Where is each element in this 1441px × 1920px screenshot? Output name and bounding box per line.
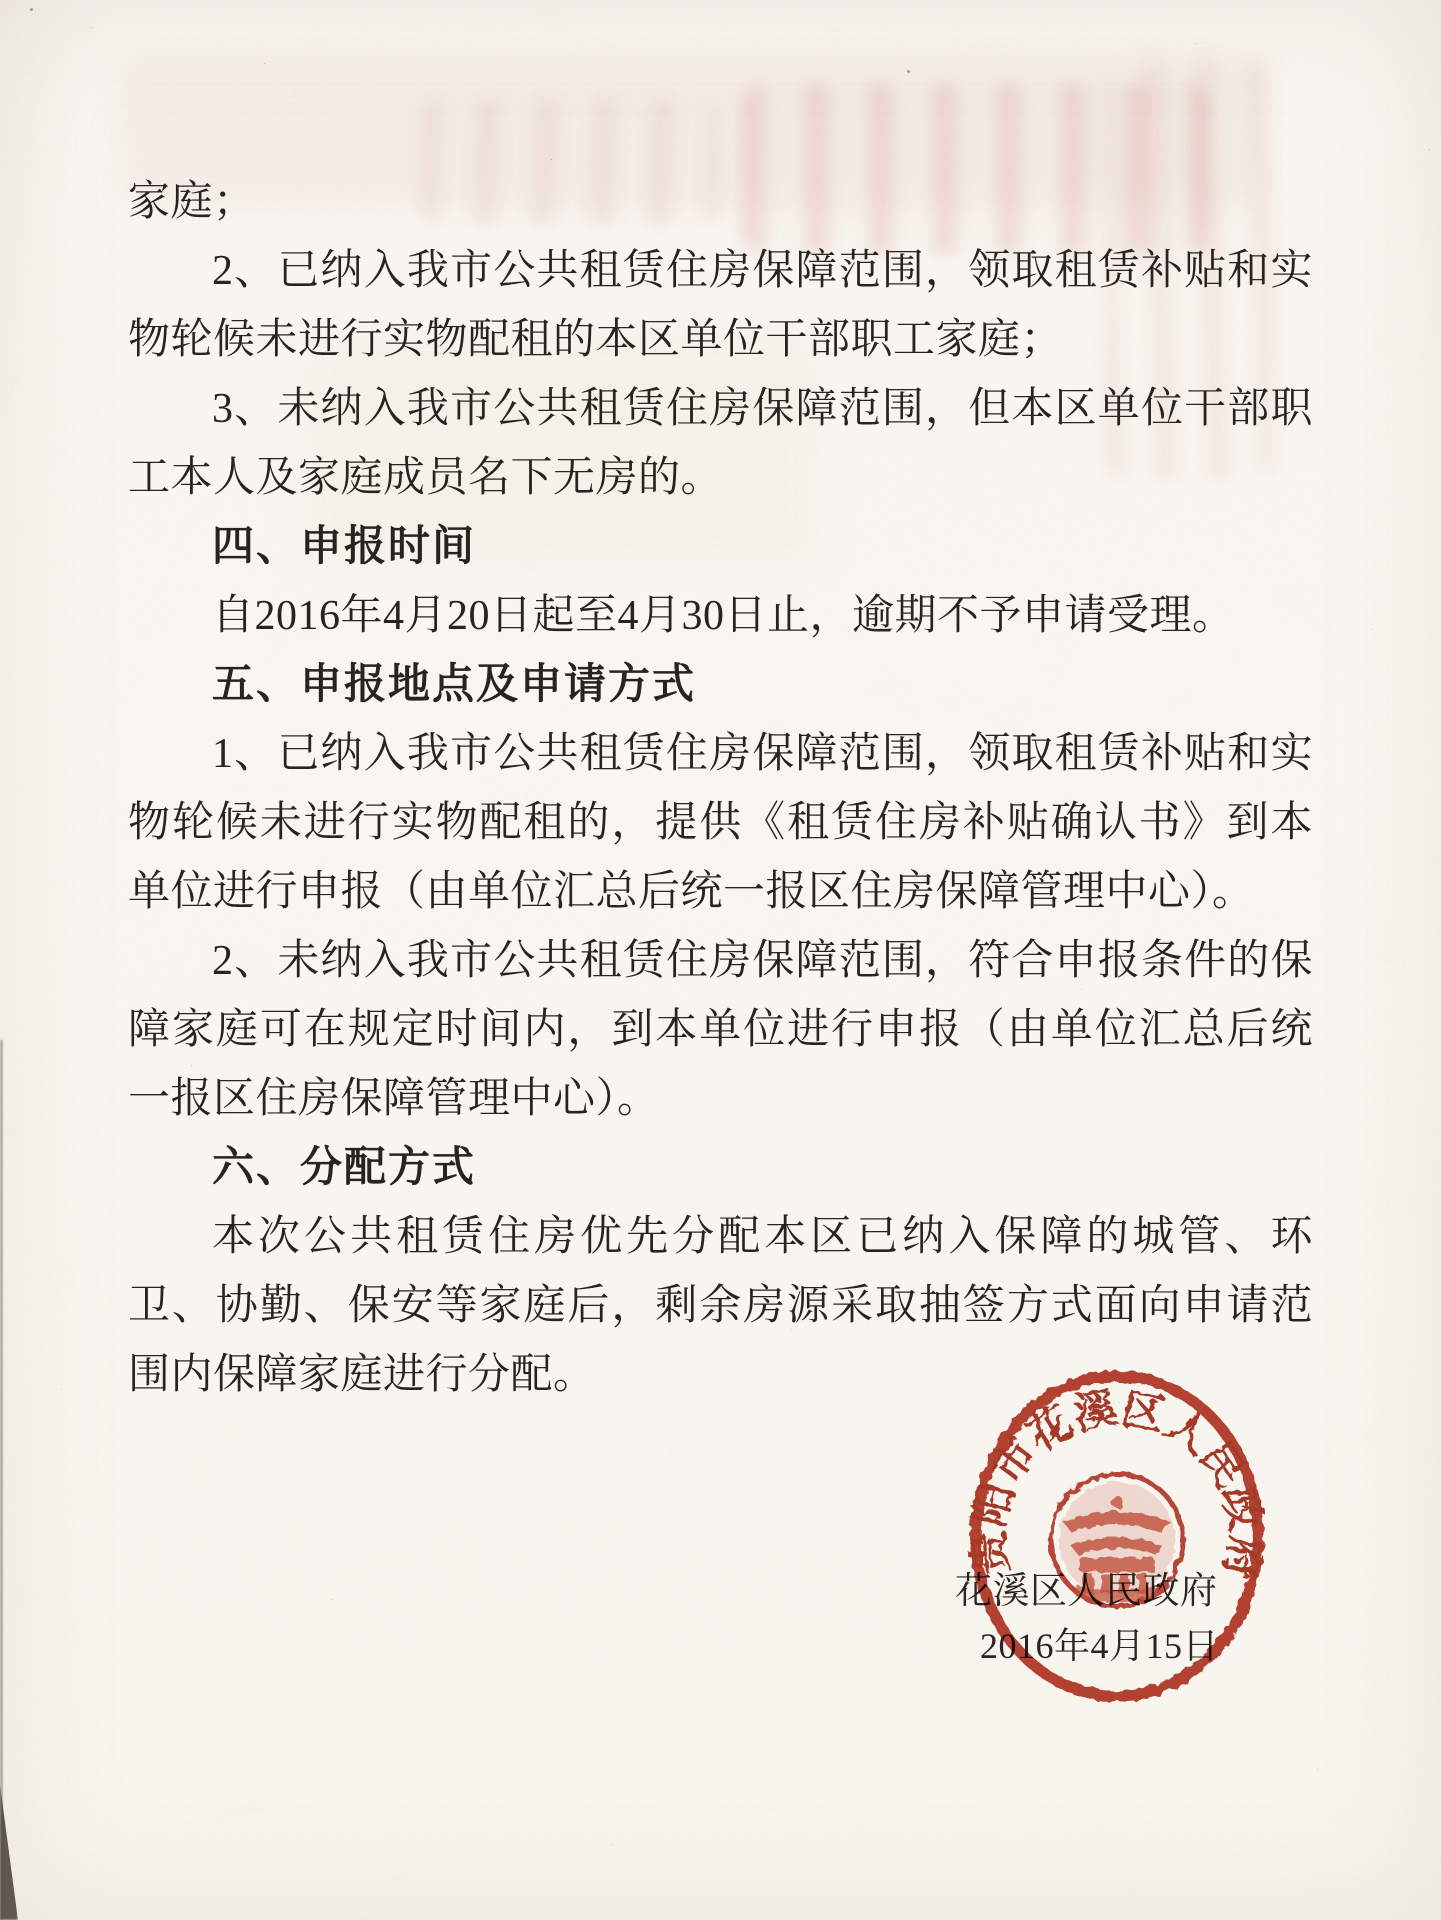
paragraph: 2、已纳入我市公共租赁住房保障范围，领取租赁补贴和实物轮候未进行实物配租的本区单…: [128, 237, 1313, 375]
paragraph: 3、未纳入我市公共租赁住房保障范围，但本区单位干部职工本人及家庭成员名下无房的。: [128, 375, 1313, 513]
paper-speckles: [30, 8, 33, 11]
paragraph: 自2016年4月20日起至4月30日止，逾期不予申请受理。: [128, 582, 1313, 651]
scanned-document-page: 家庭； 2、已纳入我市公共租赁住房保障范围，领取租赁补贴和实物轮候未进行实物配租…: [0, 0, 1441, 1920]
section-heading: 四、申报时间: [128, 513, 1313, 582]
paragraph-continuation: 家庭；: [128, 168, 1313, 237]
document-body: 家庭； 2、已纳入我市公共租赁住房保障范围，领取租赁补贴和实物轮候未进行实物配租…: [128, 168, 1313, 1410]
paragraph: 2、未纳入我市公共租赁住房保障范围，符合申报条件的保障家庭可在规定时间内，到本单…: [128, 927, 1313, 1134]
paragraph: 1、已纳入我市公共租赁住房保障范围，领取租赁补贴和实物轮候未进行实物配租的，提供…: [128, 720, 1313, 927]
section-heading: 五、申报地点及申请方式: [128, 651, 1313, 720]
scan-corner-shadow: [0, 1785, 18, 1920]
signature-date: 2016年4月15日: [980, 1618, 1219, 1669]
section-heading: 六、分配方式: [128, 1134, 1313, 1203]
scan-edge-shadow: [0, 1040, 3, 1920]
signature-issuer: 花溪区人民政府: [955, 1560, 1218, 1614]
